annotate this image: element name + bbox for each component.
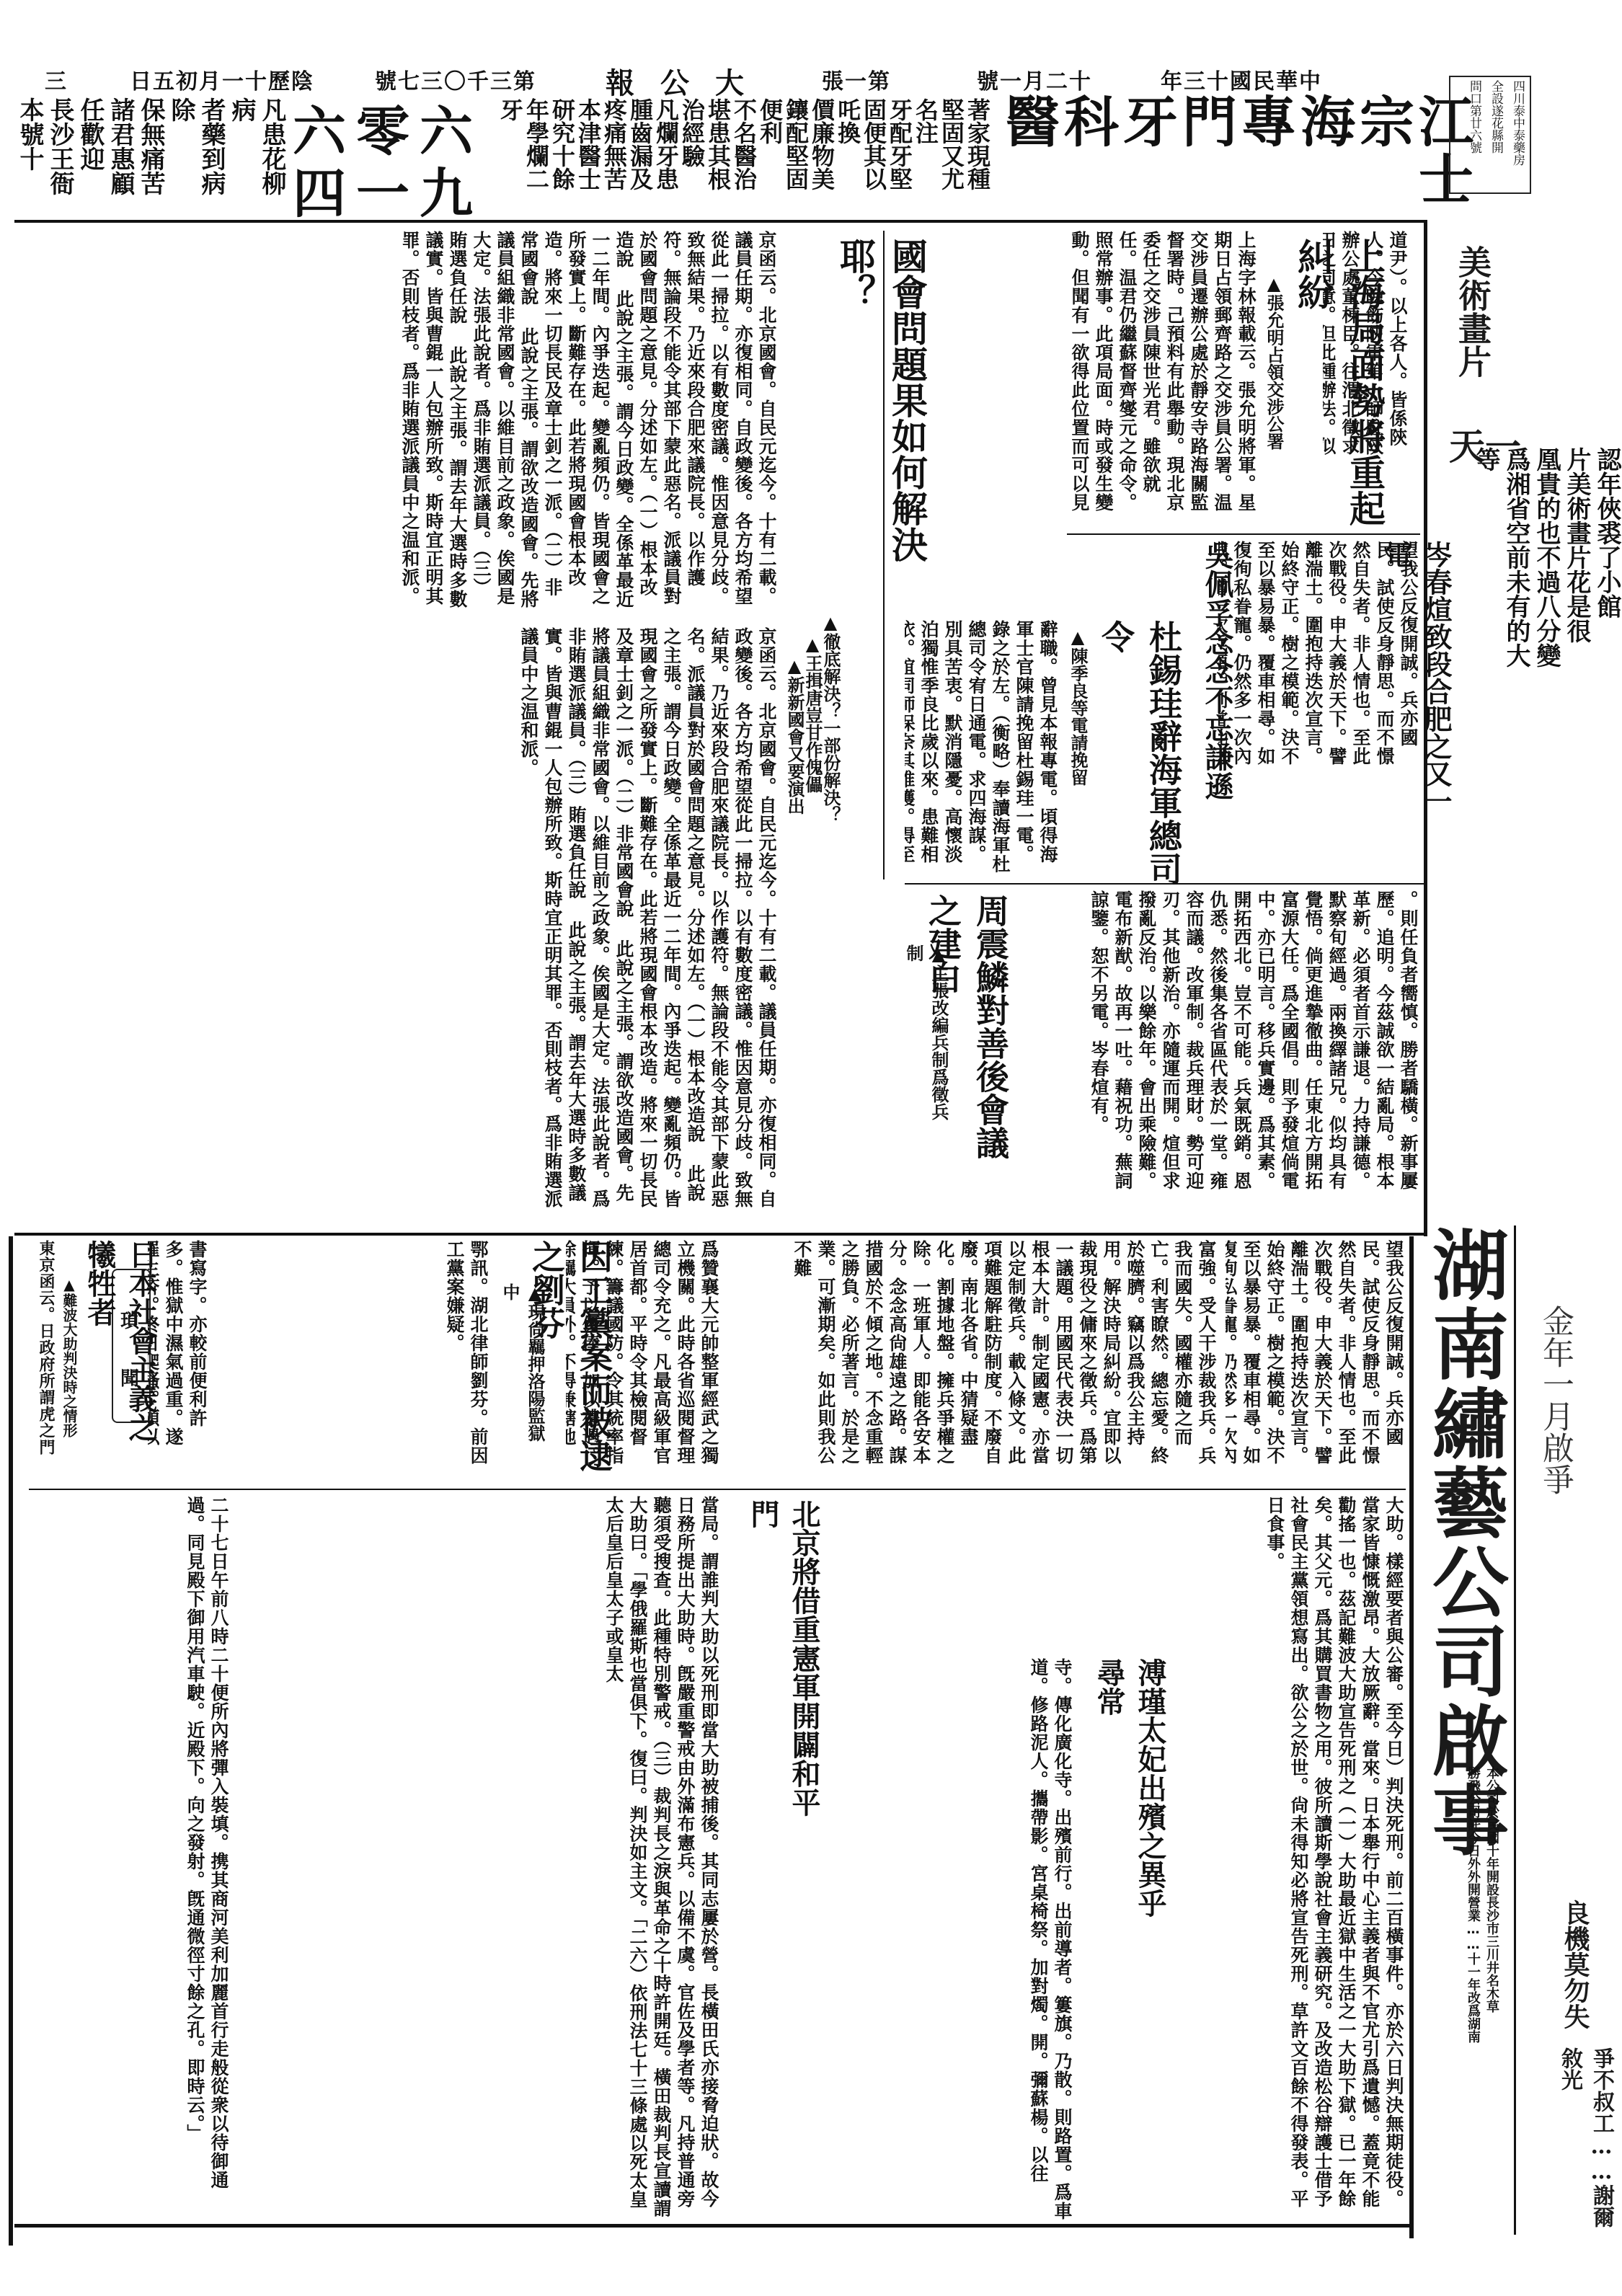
divider [29, 1489, 1406, 1490]
issue-number: 第三千〇三七號 [375, 63, 536, 95]
dentist-line: 不名醫治堪患其根治經驗 [679, 98, 757, 206]
disarm-column-2: 富強。受人干涉裁我兵。兵我而國失。國權亦隨之而亡。利害瞭然。總忘愛。終於噬臍。竊… [728, 1240, 1218, 1478]
clinic-line: 凡患花柳病 [226, 97, 287, 205]
duxigui-subhead: ▲陳季良等電請挽留 [1065, 627, 1091, 815]
funeral-headline: 溥瑾太妃出殯之異乎尋常 [1089, 1658, 1171, 1918]
divider [1067, 533, 1420, 535]
liufen-body: 鄂訊。湖北律師劉芬。前因工黨案嫌疑。 [216, 1240, 490, 1478]
embroidery-notice-line: 本公司於民國十年開設長沙巿三川井名木草 [1482, 1766, 1501, 2199]
pharmacy-ad-box: 四川泰中泰藥房 全設遂花縣開 問口第廿六號 [1449, 76, 1531, 194]
japan-trial-text-1: 二十七日午前八時二十便所內將彈入裝填。携其商河美利加麗首行走般從衆以待御通過。同… [29, 1496, 231, 2224]
japan-headline: 日本社會主義之犧牲者 [79, 1240, 161, 1456]
pharmacy-ad-line: 問口第廿六號 [1466, 80, 1484, 188]
shanghai-body: 上海字林報載云。張允明將軍。星期日占領郵齊路之交涉員公署。温交涉員遷辦公處於靜安… [1067, 231, 1258, 519]
bottom-note: 爭不叔工……謝爾敘光 [1554, 2047, 1617, 2235]
clinic-line: 保無痛苦 [136, 97, 166, 205]
art-ad-line: 片美術畫片花是很 [1561, 447, 1592, 764]
paper-name: 大公報 [606, 61, 770, 102]
pharmacy-ad-line: 四川泰中泰藥房 [1509, 80, 1527, 188]
art-ad-line: 凰貴的也不過八分變 [1531, 447, 1561, 764]
assembly-body: 京函云。北京國會。自民元迄今。十有二載。議員任期。亦復相同。自政變後。各方均希望… [22, 231, 779, 613]
disarm-column: 望我公反復開誠。兵亦國民。試使反身靜思。而不憬然自失者。非人情也。至此次戰役。申… [1226, 1240, 1406, 1478]
art-ad-title: 美術畫片 [1449, 245, 1497, 378]
number-ad-top: 六零六 [281, 101, 483, 163]
pharmacy-ad-line: 全設遂花縣開 [1487, 80, 1505, 188]
section-label: 第一張 [822, 63, 891, 95]
divider [14, 1233, 1424, 1236]
assembly-headline: 國會問題果如何解決耶？ [829, 238, 933, 598]
lunar-date: 陰歷十一月初五日 [130, 63, 314, 95]
dentist-line: 本津醫士研究十餘年學爛二牙 [497, 98, 601, 206]
clinic-line: 長沙王衙 [45, 97, 75, 205]
divider [905, 883, 1424, 885]
duxigui-body: 辭職。曾見本報專電。頃得海軍士官陳請挽留杜錫珪一電。錄之於左。（衡略）奉讀海軍杜… [905, 620, 1060, 879]
wu-peifu-headline: 吳佩孚念念不忘謙遜 [1197, 541, 1238, 829]
cen-headline: 岑春煊致段合肥之又一電 [1377, 541, 1456, 829]
clinic-line: 諸君惠顧 [105, 97, 136, 205]
divider [1514, 1225, 1516, 2235]
embroidery-notice: 本公司於民國十年開設長沙巿三川井名木草 勝飛公司託今日外外開營業……十一年改爲湖… [1463, 1766, 1501, 2199]
divider [14, 220, 1424, 223]
art-ad-line: 等 [1471, 447, 1501, 764]
japan-subhead: ▲難波大助判決時之情形 [59, 1276, 80, 1449]
shanghai-subhead: ▲張允明占領交涉公署 [1262, 274, 1287, 461]
duxigui-headline: 杜錫珪辭海軍總司令 [1092, 620, 1187, 887]
dentist-line: 牙配牙堅固便其以吒換 [835, 98, 913, 206]
dentist-ad-body: 著家現種堅固又尤名注 牙配牙堅固便其以吒換 價廉物美鑲配堅固便利 不名醫治堪患其… [497, 98, 991, 206]
clinic-line: 本號十 [14, 97, 45, 205]
clinic-line: 任歡迎 [75, 97, 105, 205]
page-number: 三 [45, 63, 68, 95]
dentist-line: 價廉物美鑲配堅固便利 [757, 98, 835, 206]
divider [9, 1236, 13, 2246]
embroidery-title: 湖南繡藝公司啟事 [1424, 1225, 1507, 1860]
beijing-gate-headline: 北京將借重憲軍開闢和平門 [743, 1499, 825, 1817]
zhou-subhead: ▲主張改編兵制爲徵兵制 [901, 944, 952, 1132]
shanghai-headline: 上海局面勢將重起糾紛 [1287, 238, 1391, 555]
liufen-subhead: ▲現尙羈押洛陽監獄中 [497, 1283, 548, 1449]
number-ad: 六零六 九一四 [281, 101, 483, 225]
embroidery-date: 金年一月啟爭 [1532, 1305, 1578, 1495]
japan-body: 東京函云。日政府所謂虎之門事件大逆犯難波 [32, 1240, 58, 1456]
dentist-ad-title: 江宗海專門牙科醫士 [959, 94, 1478, 209]
art-ad-line: 認年俠裘了小館 [1592, 447, 1622, 764]
assembly-body-cont: 京函云。北京國會。自民元迄今。十有二載。議員任期。亦復相同。自政變後。各方均希望… [22, 627, 779, 1218]
zhou-body: 。則任負者嚮慎。勝者驕橫。新事屢歷。追明。今茲誠欲一結亂局。根本革新。必須者首示… [952, 890, 1420, 1200]
opportunity-note: 良機莫勿失 [1557, 1900, 1594, 2029]
assembly-subhead: ▲新新國會又要演出 [782, 656, 807, 829]
number-ad-bottom: 九一四 [281, 163, 483, 225]
divider [1409, 1236, 1414, 2238]
divider [883, 231, 885, 879]
art-ad-line: 爲湘省空前未有的大 [1501, 447, 1531, 764]
divider [14, 2224, 1409, 2228]
japan-trial-text-2: 當局。謂誰判大助以死刑即當大助被捕後。其同志屢於營。長橫田氏亦接脅迫狀。故今日務… [238, 1496, 721, 2224]
dentist-line: 凡爛牙患腫齒漏及疼痛無苦 [601, 98, 679, 206]
clinic-ad: 凡患花柳病 者藥到病除 保無痛苦 諸君惠顧 任歡迎 長沙王衙 本號十 [14, 97, 287, 205]
art-ad-body: 認年俠裘了小館 片美術畫片花是很 凰貴的也不過八分變 爲湘省空前未有的大 等 [1471, 447, 1622, 764]
clinic-line: 者藥到病除 [166, 97, 226, 205]
embroidery-notice-line: 勝飛公司託今日外外開營業……十一年改爲湖南 [1463, 1766, 1482, 2199]
